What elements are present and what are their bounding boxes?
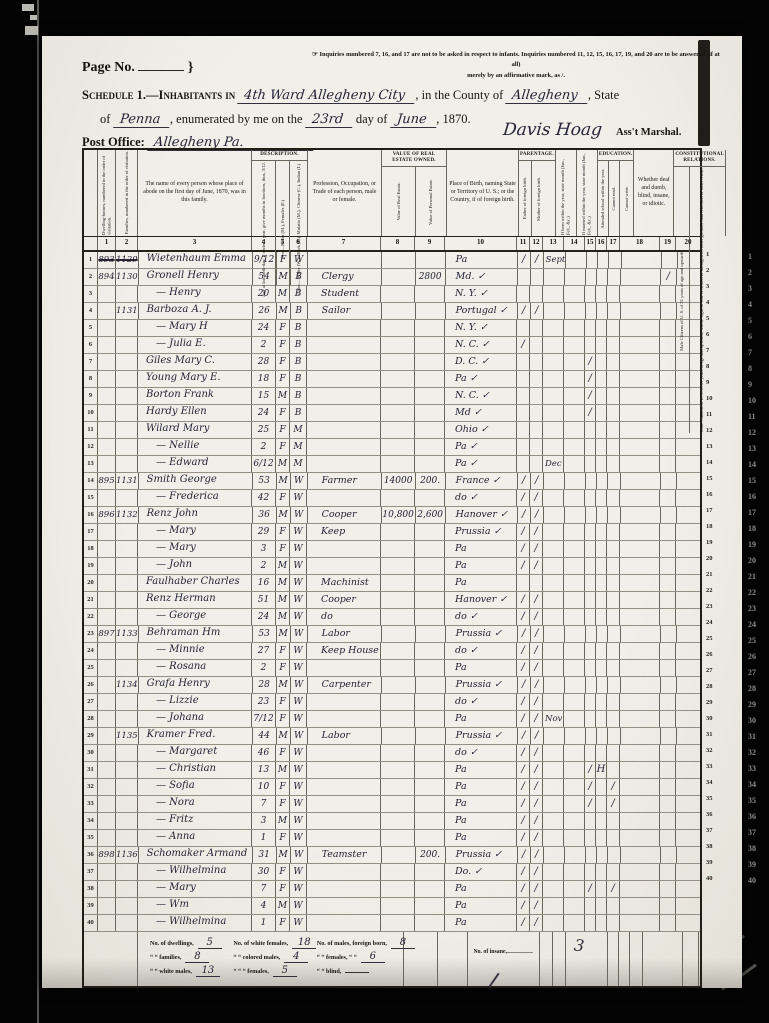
- strip-line-number: 17: [748, 505, 766, 521]
- cell-m19: [660, 694, 676, 710]
- cell-m11: /: [517, 796, 530, 812]
- cell-name: Schomaker Armand: [139, 847, 253, 863]
- cell-m17: [608, 507, 621, 523]
- cell-sex: M: [276, 813, 290, 829]
- cell-sex: M: [276, 609, 290, 625]
- cell-birth: N. C. ✓: [445, 337, 517, 353]
- cell-color: W: [290, 779, 307, 795]
- header-label-c12: Mother of foreign birth.: [535, 176, 543, 222]
- cell-m19: [661, 507, 677, 523]
- cell-dw: [98, 779, 116, 795]
- cell-age: 6/12: [252, 456, 276, 472]
- filmstrip-line-numbers: 1234567891011121314151617181920212223242…: [748, 249, 766, 889]
- cell-m13: Nov: [543, 711, 564, 727]
- insane-label: No. of insane,: [473, 949, 507, 955]
- tally-line: “ “ white males,13“ “ “ females,5“ “ bli…: [150, 965, 403, 979]
- cell-m16: [596, 490, 607, 506]
- cell-fam: [116, 592, 138, 608]
- tally-label: “ “ colored males,: [233, 954, 280, 961]
- cell-m12: /: [530, 864, 543, 880]
- cell-m19: [661, 677, 677, 693]
- cell-color: W: [291, 728, 308, 744]
- cell-m15: [585, 490, 596, 506]
- post-office-label: Post Office:: [82, 135, 145, 149]
- cell-m19: [660, 558, 676, 574]
- cell-sex: F: [276, 694, 290, 710]
- tally-label: No. of white females,: [233, 940, 288, 947]
- cell-occ: [307, 898, 381, 914]
- cell-m20: [676, 660, 700, 676]
- cell-sex: M: [277, 847, 291, 863]
- cell-m12: /: [530, 745, 543, 761]
- cell-name: — Wilhelmina: [138, 915, 252, 931]
- line-number: 6: [84, 337, 98, 353]
- tally-pair: “ “ white males,13: [150, 965, 233, 977]
- cell-m16: [596, 524, 607, 540]
- cell-color: W: [291, 677, 308, 693]
- cell-fam: 1136: [116, 847, 139, 863]
- line-number: 16: [84, 507, 98, 523]
- cell-m13: [543, 388, 564, 404]
- cell-color: W: [290, 490, 307, 506]
- header-label-c9: Value of Personal Estate.: [427, 178, 435, 226]
- cell-re: [381, 864, 415, 880]
- cell-m16: [596, 898, 607, 914]
- cell-m18: [620, 541, 660, 557]
- film-scratch: [25, 26, 38, 35]
- cell-birth: Pa: [445, 762, 517, 778]
- cell-occ: [307, 388, 381, 404]
- cell-m14: [564, 609, 585, 625]
- cell-m18: [620, 337, 660, 353]
- cell-dw: [98, 388, 116, 404]
- cell-fam: [116, 371, 138, 387]
- cell-m13: [543, 541, 564, 557]
- pencil-slash: [488, 972, 498, 986]
- census-scan-page: { "header": { "page_no_label": "Page No.…: [0, 0, 769, 1023]
- table-row: 3— Henry20MBStudentN. Y. ✓: [84, 286, 700, 303]
- tally-value: 6: [361, 951, 385, 963]
- cell-m20: [677, 626, 701, 642]
- line-number: 29: [84, 728, 98, 744]
- cell-m13: [543, 881, 564, 897]
- cell-re: [381, 405, 415, 421]
- cell-m12: /: [530, 541, 543, 557]
- cell-name: — Mary: [138, 881, 252, 897]
- enumeration-line: of Penna, enumerated by me on the 23rd d…: [100, 112, 471, 128]
- cell-occ: Cooper: [307, 592, 381, 608]
- cell-m15: /: [585, 881, 596, 897]
- cell-m17: [607, 745, 620, 761]
- cell-sex: M: [277, 303, 291, 319]
- cell-color: W: [290, 915, 307, 931]
- cell-m16: [596, 371, 607, 387]
- tally-value: 4: [284, 951, 308, 963]
- cell-sex: M: [276, 575, 290, 591]
- cell-m18: [620, 643, 660, 659]
- cell-m12: [530, 422, 543, 438]
- cell-m16: [596, 456, 607, 472]
- cell-m12: /: [530, 779, 543, 795]
- footer-cell-1: No. of dwellings,5No. of white females,1…: [138, 932, 404, 986]
- strip-line-number: 6: [748, 329, 766, 345]
- cell-pe: [415, 864, 445, 880]
- header-group-real_estate: Value of Real Estate Owned.Value of Real…: [382, 150, 447, 236]
- cell-age: 2: [252, 558, 276, 574]
- cell-m17: [607, 813, 620, 829]
- right-margin-line-numbers: 1234567891011121314151617181920212223242…: [706, 247, 720, 887]
- cell-age: 46: [252, 745, 276, 761]
- county-written: Allegheny: [506, 88, 589, 104]
- cell-color: M: [290, 422, 307, 438]
- right-line-number: 3: [706, 279, 720, 295]
- cell-age: 24: [252, 320, 276, 336]
- column-number: 14: [564, 237, 585, 250]
- group-label-parentage: Parentage.: [519, 150, 555, 161]
- cell-m11: /: [517, 864, 530, 880]
- header-group-constitutional: Constitutional Relations.Male Citizens o…: [674, 150, 725, 236]
- strip-line-number: 4: [748, 297, 766, 313]
- cell-fam: [116, 354, 138, 370]
- strip-line-number: 22: [748, 585, 766, 601]
- cell-m18: [621, 269, 661, 285]
- cell-sex: F: [276, 864, 290, 880]
- cell-occ: [307, 864, 381, 880]
- cell-m13: [543, 558, 564, 574]
- cell-occ: Student: [307, 286, 381, 302]
- cell-m16: [597, 303, 608, 319]
- cell-occ: [307, 354, 381, 370]
- cell-sex: F: [276, 660, 290, 676]
- cell-m20: [676, 524, 700, 540]
- cell-m13: [543, 898, 564, 914]
- cell-m17: [607, 694, 620, 710]
- cell-birth: Pa: [445, 558, 517, 574]
- cell-m11: /: [517, 524, 530, 540]
- table-row: 168961132Renz John36MWCooper10,8002,600H…: [84, 507, 700, 524]
- cell-m20: [676, 830, 700, 846]
- cell-m12: [530, 354, 543, 370]
- cell-re: [381, 286, 415, 302]
- cell-m14: [564, 830, 585, 846]
- tally-pair: “ “ families,8: [150, 951, 233, 963]
- cell-re: [381, 898, 415, 914]
- header-label-c1: Dwelling-houses, numbered in the order o…: [100, 150, 113, 236]
- header-label-c7: Profession, Occupation, or Trade of each…: [308, 179, 381, 207]
- strip-line-number: 20: [748, 553, 766, 569]
- cell-m12: [530, 456, 543, 472]
- signature-written: Davis Hoag: [496, 120, 613, 140]
- cell-pe: [415, 388, 445, 404]
- cell-color: B: [290, 405, 307, 421]
- cell-color: W: [290, 711, 307, 727]
- film-scratch: [30, 15, 37, 20]
- cell-m16: [596, 779, 607, 795]
- cell-m17: /: [607, 779, 620, 795]
- schedule-label: Schedule 1.—Inhabitants in: [82, 88, 235, 102]
- cell-dw: [98, 354, 116, 370]
- cell-dw: [98, 830, 116, 846]
- strip-line-number: 26: [748, 649, 766, 665]
- cell-m14: [565, 728, 586, 744]
- cell-re: 10,800: [382, 507, 416, 523]
- cell-re: [381, 439, 415, 455]
- cell-m18: [620, 405, 660, 421]
- cell-dw: [98, 456, 116, 472]
- table-row: 32— Sofia10FWPa////: [84, 779, 700, 796]
- cell-birth: Pa ✓: [445, 371, 517, 387]
- header-group-parentage: Parentage.Father of foreign birth.Mother…: [519, 150, 556, 236]
- cell-m13: [544, 677, 565, 693]
- cell-m16: [597, 677, 608, 693]
- line-number: 21: [84, 592, 98, 608]
- cell-m13: [543, 745, 564, 761]
- page-no-label: Page No.: [82, 60, 135, 75]
- cell-re: [382, 303, 416, 319]
- table-row: 15— Frederica42FWdo ✓//: [84, 490, 700, 507]
- cell-m18: [620, 813, 660, 829]
- cell-age: 18: [252, 371, 276, 387]
- column-number: 13: [543, 237, 564, 250]
- cell-m12: [530, 439, 543, 455]
- cell-m13: [543, 371, 564, 387]
- cell-color: W: [291, 847, 308, 863]
- cell-m19: [660, 762, 676, 778]
- cell-m17: [607, 592, 620, 608]
- cell-m13: [543, 779, 564, 795]
- cell-m17: [607, 286, 620, 302]
- cell-dw: [98, 609, 116, 625]
- right-line-number: 17: [706, 503, 720, 519]
- cell-m14: [564, 286, 585, 302]
- cell-birth: Hanover ✓: [445, 592, 517, 608]
- cell-m12: /: [531, 847, 544, 863]
- cell-m14: [566, 252, 587, 268]
- note-line-2: merely by an affirmative mark, as /.: [467, 72, 565, 79]
- cell-birth: Prussia ✓: [446, 626, 518, 642]
- cell-m19: [660, 337, 676, 353]
- strip-line-number: 25: [748, 633, 766, 649]
- cell-m16: [596, 558, 607, 574]
- cell-m19: [662, 252, 678, 268]
- cell-m16: [597, 728, 608, 744]
- cell-birth: Pa: [445, 575, 517, 591]
- tally-line: No. of dwellings,5No. of white females,1…: [150, 937, 403, 951]
- cell-m19: [661, 303, 677, 319]
- table-row: 238971133Behraman Hm53MWLaborPrussia ✓//: [84, 626, 700, 643]
- cell-sex: M: [276, 762, 290, 778]
- cell-m13: [543, 524, 564, 540]
- strip-line-number: 30: [748, 713, 766, 729]
- right-line-number: 21: [706, 567, 720, 583]
- cell-m16: [596, 286, 607, 302]
- cell-m14: [564, 915, 585, 931]
- table-row: 17— Mary29FWKeepPrussia ✓//: [84, 524, 700, 541]
- cell-dw: [98, 524, 116, 540]
- right-line-number: 1: [706, 247, 720, 263]
- strip-line-number: 29: [748, 697, 766, 713]
- cell-age: 25: [252, 422, 276, 438]
- insane-tally: No. of insane,: [468, 932, 539, 958]
- cell-m14: [565, 473, 586, 489]
- cell-sex: M: [276, 898, 290, 914]
- cell-m11: /: [518, 252, 531, 268]
- cell-fam: 1130: [116, 269, 139, 285]
- cell-m15: [586, 303, 597, 319]
- cell-m12: /: [530, 762, 543, 778]
- strip-line-number: 38: [748, 841, 766, 857]
- cell-m11: /: [518, 847, 531, 863]
- cell-age: 7: [252, 796, 276, 812]
- cell-re: [381, 558, 415, 574]
- table-row: 9Borton Frank15MBN. C. ✓/: [84, 388, 700, 405]
- cell-m18: [620, 609, 660, 625]
- cell-m18: [620, 796, 660, 812]
- cell-m19: [660, 354, 676, 370]
- table-row: 22— George24MWdodo ✓//: [84, 609, 700, 626]
- cell-birth: Ohio ✓: [445, 422, 517, 438]
- cell-m14: [564, 796, 585, 812]
- cell-birth: Pa: [445, 796, 517, 812]
- cell-m11: [517, 286, 530, 302]
- tally-line: “ “ families,8“ “ colored males,4“ “ fem…: [150, 951, 403, 965]
- line-number: 11: [84, 422, 98, 438]
- cell-pe: [415, 762, 445, 778]
- table-row: 28941130Gronell Henry54MBClergy2800Md. ✓…: [84, 269, 700, 286]
- right-line-number: 40: [706, 871, 720, 887]
- cell-m11: /: [517, 779, 530, 795]
- cell-m17: [607, 711, 620, 727]
- cell-m13: [543, 762, 564, 778]
- cell-m20: [676, 541, 700, 557]
- cell-birth: Pa: [445, 830, 517, 846]
- cell-birth: Prussia ✓: [446, 847, 518, 863]
- cell-m13: [543, 643, 564, 659]
- cell-re: [382, 728, 416, 744]
- header-label-c14: If married within the year, state month …: [580, 150, 593, 236]
- cell-pe: [415, 711, 445, 727]
- right-line-number: 8: [706, 359, 720, 375]
- cell-age: 16: [252, 575, 276, 591]
- cell-m12: /: [530, 711, 543, 727]
- cell-m17: [607, 524, 620, 540]
- cell-occ: [307, 660, 381, 676]
- header-c8: Value of Real Estate.: [382, 167, 416, 236]
- line-number: 32: [84, 779, 98, 795]
- tally-counts: No. of dwellings,5No. of white females,1…: [138, 932, 403, 979]
- cell-dw: [98, 745, 116, 761]
- cell-color: W: [290, 745, 307, 761]
- cell-m13: [543, 660, 564, 676]
- cell-name: — Nora: [138, 796, 252, 812]
- cell-dw: [98, 303, 116, 319]
- cell-fam: [116, 388, 138, 404]
- cell-m19: [660, 388, 676, 404]
- line-number: 1: [84, 252, 98, 268]
- cell-pe: [416, 728, 446, 744]
- cell-m11: /: [518, 728, 531, 744]
- header-group-description: Description.Age at last birth-day. If un…: [252, 150, 308, 236]
- cell-m17: [607, 422, 620, 438]
- right-line-number: 20: [706, 551, 720, 567]
- cell-m12: /: [530, 592, 543, 608]
- header-label-c16: Cannot read.: [610, 186, 618, 211]
- tally-pair: “ “ colored males,4: [233, 951, 316, 963]
- cell-pe: [415, 371, 445, 387]
- cell-occ: Machinist: [307, 575, 381, 591]
- cell-m12: [530, 320, 543, 336]
- right-line-number: 5: [706, 311, 720, 327]
- tally-pair: No. of white females,18: [233, 937, 316, 949]
- cell-re: [381, 813, 415, 829]
- cell-m11: /: [517, 558, 530, 574]
- cell-fam: [116, 575, 138, 591]
- right-line-number: 28: [706, 679, 720, 695]
- table-row: 30— Margaret46FWdo ✓//: [84, 745, 700, 762]
- cell-pe: [416, 626, 446, 642]
- cell-m13: [543, 592, 564, 608]
- line-number: 23: [84, 626, 98, 642]
- schedule-line: Schedule 1.—Inhabitants in 4th Ward Alle…: [82, 88, 619, 104]
- strip-line-number: 2: [748, 265, 766, 281]
- cell-m18: [620, 881, 660, 897]
- cell-m18: [621, 507, 661, 523]
- table-row: 41131Barboza A. J.26MBSailorPortugal ✓//: [84, 303, 700, 320]
- cell-m20: [676, 796, 700, 812]
- cell-m14: [565, 626, 586, 642]
- right-line-number: 18: [706, 519, 720, 535]
- cell-m14: [564, 354, 585, 370]
- column-number: 2: [116, 237, 138, 250]
- header-label-c13: If born within the year, state month (Ja…: [559, 150, 572, 236]
- cell-fam: [116, 524, 138, 540]
- cell-m13: [543, 609, 564, 625]
- footer-cell-4: No. of insane,: [468, 932, 540, 986]
- column-number: 15: [585, 237, 596, 250]
- cell-m16: [596, 609, 607, 625]
- cell-pe: [415, 592, 445, 608]
- cell-occ: [307, 422, 381, 438]
- cell-sex: M: [277, 626, 291, 642]
- cell-m19: [661, 728, 677, 744]
- cell-m16: [596, 830, 607, 846]
- cell-m19: [660, 371, 676, 387]
- tally-footer: No. of dwellings,5No. of white females,1…: [84, 932, 700, 986]
- cell-re: [381, 779, 415, 795]
- cell-name: — Edward: [138, 456, 252, 472]
- cell-re: [382, 269, 416, 285]
- tally-value: 5: [198, 937, 222, 949]
- note-line-1: ☞ Inquiries numbered 7, 16, and 17 are n…: [312, 51, 720, 68]
- cell-dw: [98, 320, 116, 336]
- table-row: 18— Mary3FWPa//: [84, 541, 700, 558]
- cell-re: [381, 830, 415, 846]
- cell-name: Borton Frank: [138, 388, 252, 404]
- cell-m13: [543, 915, 564, 931]
- cell-fam: [116, 830, 138, 846]
- cell-m15: [585, 439, 596, 455]
- column-number: 16: [596, 237, 607, 250]
- cell-dw: [98, 643, 116, 659]
- cell-occ: Teamster: [308, 847, 382, 863]
- cell-m11: /: [518, 677, 531, 693]
- cell-m14: [564, 371, 585, 387]
- column-number: 7: [307, 237, 381, 250]
- cell-re: [381, 337, 415, 353]
- cell-m14: [564, 422, 585, 438]
- cell-m11: [517, 422, 530, 438]
- tally-label: No. of males, foreign born,: [317, 940, 387, 947]
